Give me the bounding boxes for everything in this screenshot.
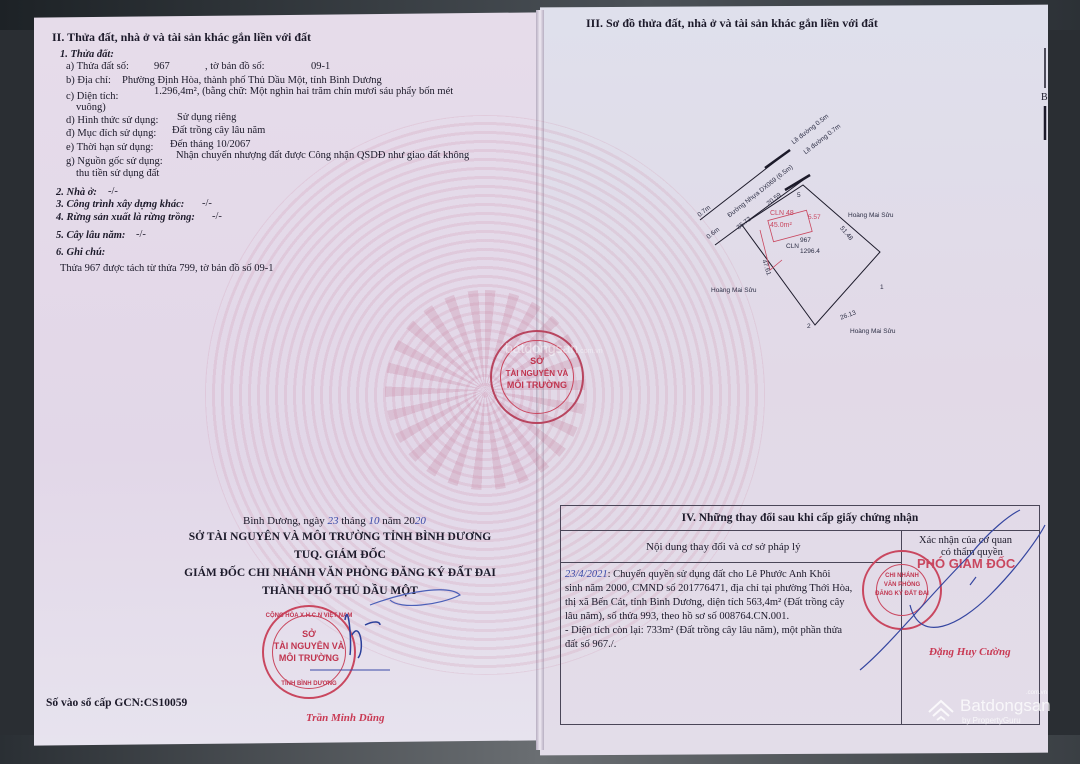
- date-year-label: năm 20: [382, 515, 415, 527]
- note-text: Thửa 967 được tách từ thửa 799, tờ bản đ…: [60, 262, 274, 275]
- batdongsan-logo-icon: [926, 698, 956, 724]
- change-entry-line-4: lâu năm), số thửa 993, theo hồ sơ số 008…: [565, 610, 789, 623]
- usage-form-label: d) Hình thức sử dụng:: [66, 114, 158, 127]
- change-entry-date: 23/4/2021: [565, 569, 608, 580]
- change-entry-line-1: 23/4/2021: Chuyển quyền sử dụng đất cho …: [565, 568, 830, 581]
- perennial-trees-label: 5. Cây lâu năm:: [56, 229, 125, 242]
- authority-line-2: TUQ. GIÁM ĐỐC: [150, 546, 530, 564]
- sub-parcel-area: 45.0m²: [770, 222, 792, 229]
- area-value: 1.296,4m², (bằng chữ: Một nghìn hai trăm…: [154, 85, 453, 98]
- date-year: 20: [415, 515, 426, 527]
- signature-scribble: [240, 580, 480, 680]
- other-construction-label: 3. Công trình xây dựng khác:: [56, 198, 184, 211]
- sub-parcel-label: CLN 48: [770, 210, 794, 217]
- north-label: B: [1041, 91, 1048, 104]
- approver-signature: [850, 505, 1050, 685]
- sub-parcel-side: 5.57: [808, 214, 821, 221]
- usage-origin-value: Nhận chuyển nhượng đất được Công nhận QS…: [176, 149, 469, 162]
- parcel-diagram: [690, 120, 910, 340]
- note-heading: 6. Ghi chú:: [56, 246, 105, 259]
- area-value-cont: vuông): [76, 101, 106, 114]
- perennial-trees-value: -/-: [136, 228, 146, 241]
- house-value: -/-: [108, 185, 118, 198]
- parcel-number-value: 967: [154, 60, 170, 73]
- usage-term-label: e) Thời hạn sử dụng:: [66, 141, 153, 154]
- change-entry-line-2: sinh năm 2000, CMND số 201776471, địa ch…: [565, 582, 852, 595]
- neighbor-west: Hoàng Mai Sửu: [711, 287, 757, 294]
- changes-col1-header: Nội dung thay đổi và cơ sở pháp lý: [646, 541, 801, 554]
- usage-purpose-label: đ) Mục đích sử dụng:: [66, 127, 156, 140]
- address-label: b) Địa chỉ:: [66, 74, 111, 87]
- parcel-number-label: a) Thửa đất số:: [66, 60, 129, 73]
- vertex-5: 5: [797, 192, 801, 199]
- parcel-area: 1296.4: [800, 248, 820, 255]
- center-watermark: batdongsan.com.vn: [505, 340, 603, 356]
- neighbor-east: Hoàng Mai Sửu: [848, 212, 894, 219]
- section-ii-title: II. Thửa đất, nhà ở và tài sản khác gắn …: [52, 31, 311, 44]
- date-month-label: tháng: [341, 515, 365, 527]
- forest-label: 4. Rừng sản xuất là rừng trồng:: [56, 211, 195, 224]
- date-month: 10: [368, 515, 379, 527]
- issue-date-line: Bình Dương, ngày 23 tháng 10 năm 2020: [243, 515, 426, 528]
- usage-form-value: Sử dụng riêng: [177, 111, 236, 124]
- usage-origin-value-cont: thu tiền sử dụng đất: [76, 167, 159, 180]
- date-day: 23: [328, 515, 339, 527]
- change-entry-line-3: thị xã Bến Cát, tỉnh Bình Dương, diện tí…: [565, 596, 844, 609]
- neighbor-south: Hoàng Mai Sửu: [850, 328, 896, 335]
- parcel-land-type: CLN: [786, 243, 799, 250]
- map-sheet-label: , tờ bản đồ số:: [205, 60, 265, 73]
- vertex-2: 2: [807, 323, 811, 330]
- parcel-number: 967: [800, 237, 811, 244]
- registry-number: Số vào sổ cấp GCN:CS10059: [46, 697, 187, 710]
- authority-line-1: SỞ TÀI NGUYÊN VÀ MÔI TRƯỜNG TỈNH BÌNH DƯ…: [150, 528, 530, 546]
- section-iii-title: III. Sơ đồ thửa đất, nhà ở và tài sản kh…: [586, 17, 878, 30]
- usage-purpose-value: Đất trồng cây lâu năm: [172, 124, 265, 137]
- map-sheet-value: 09-1: [311, 60, 330, 73]
- forest-value: -/-: [212, 210, 222, 223]
- change-entry-line-5: - Diện tích còn lại: 733m² (Đất trồng câ…: [565, 624, 842, 637]
- date-prefix: Bình Dương, ngày: [243, 515, 325, 527]
- vertex-1: 1: [880, 284, 884, 291]
- signer-name: Trần Minh Dũng: [306, 712, 384, 724]
- other-construction-value: -/-: [202, 197, 212, 210]
- change-entry-line-6: đất số 967./.: [565, 638, 616, 651]
